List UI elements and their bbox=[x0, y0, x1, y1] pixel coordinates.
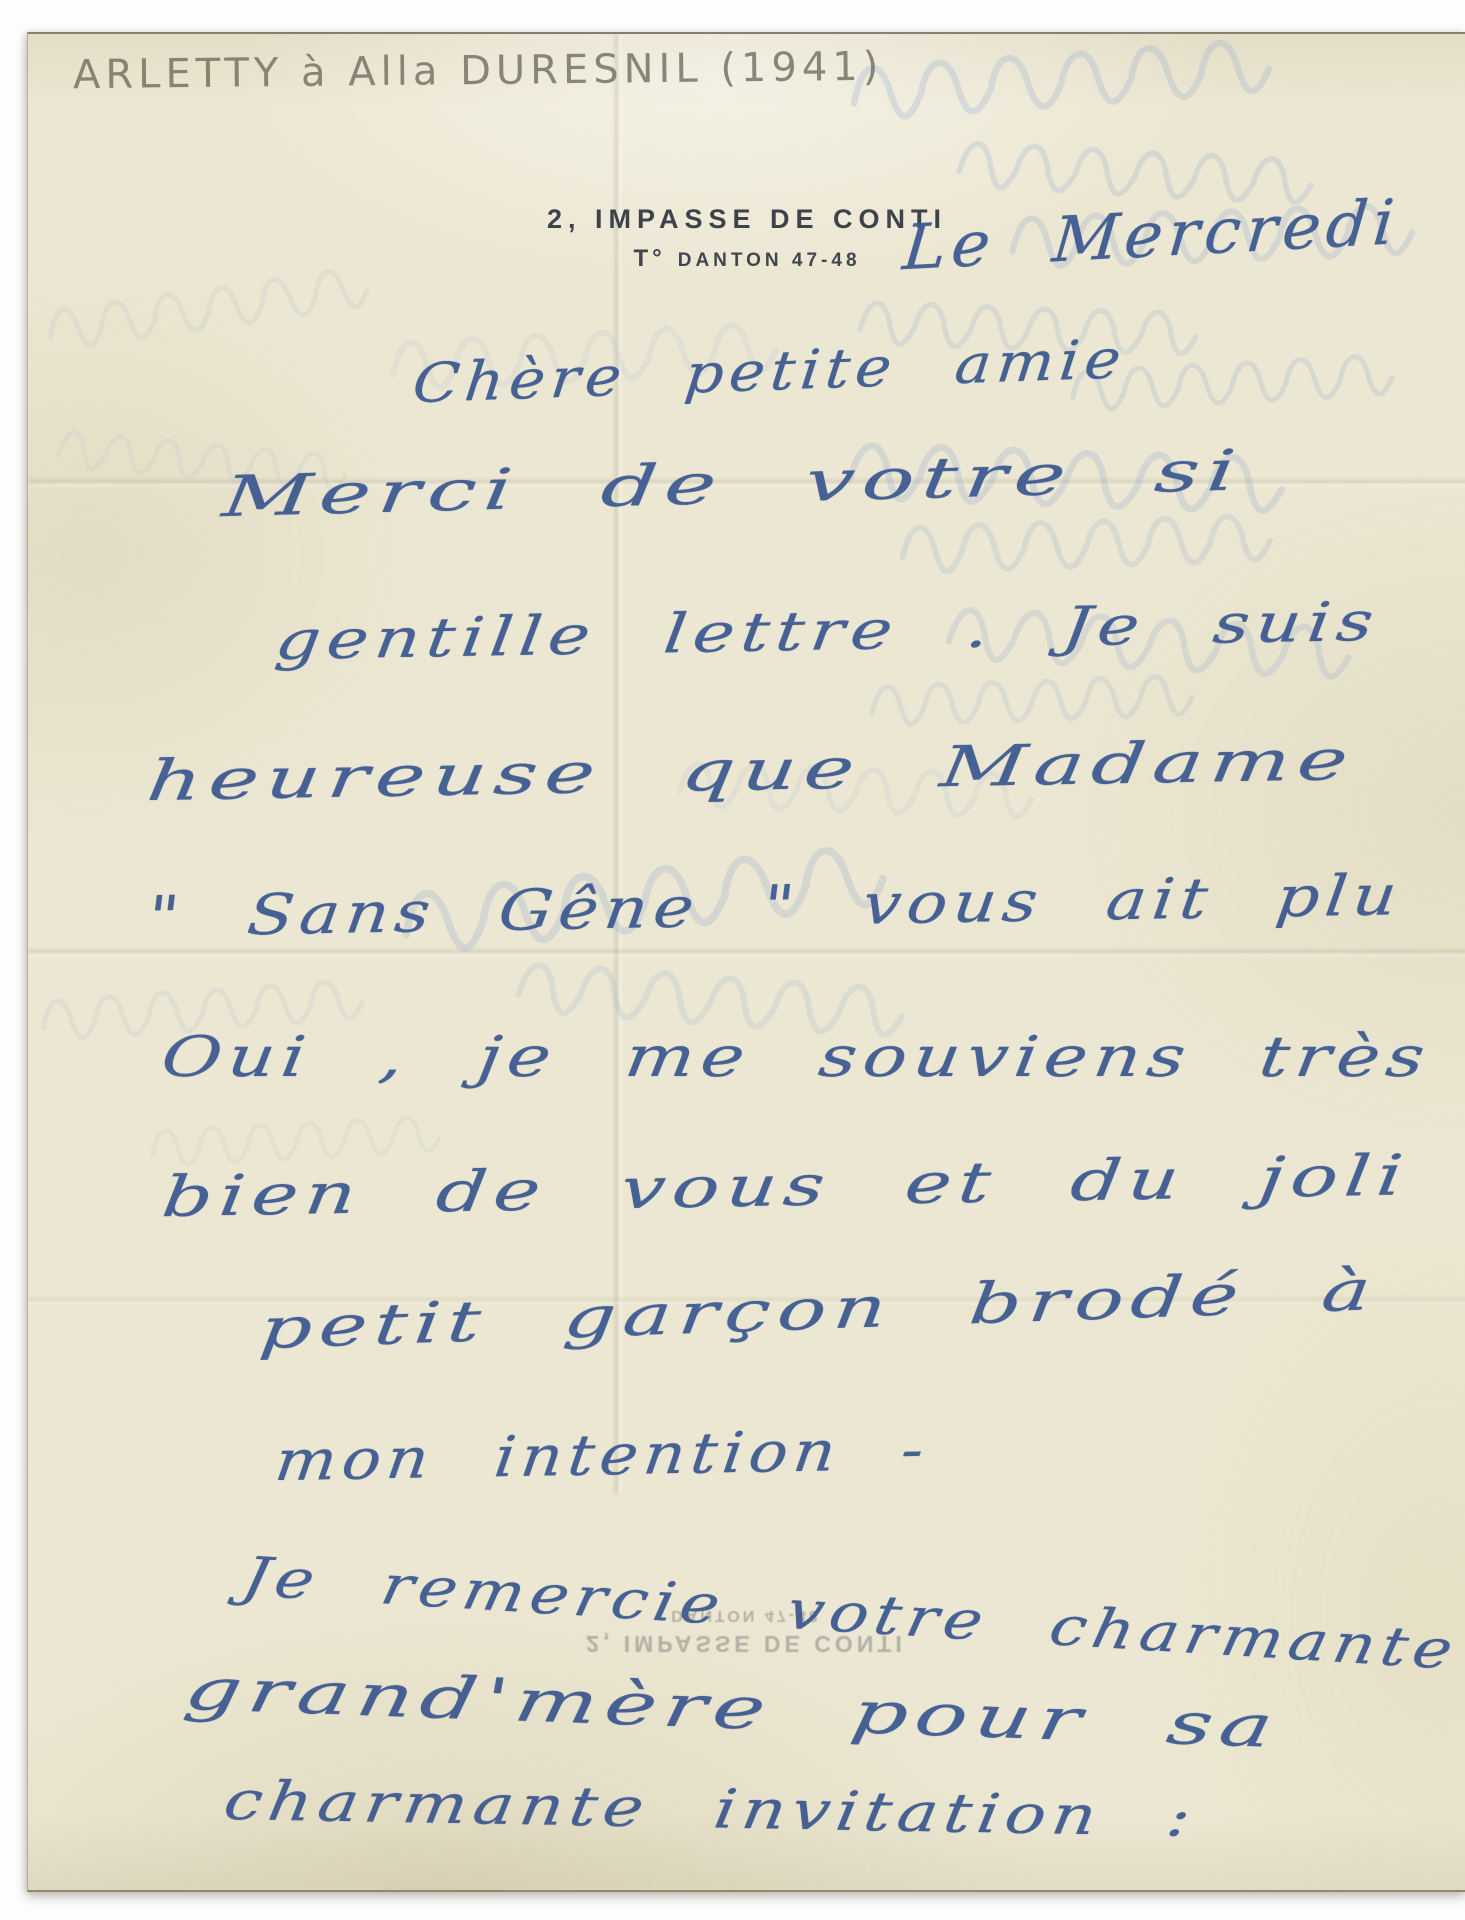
handwritten-line: bien de vous et du joli bbox=[159, 1148, 1413, 1226]
letterhead-phone-number: DANTON 47-48 bbox=[678, 250, 861, 271]
ghost-squiggle bbox=[871, 675, 1192, 725]
ghost-squiggle bbox=[852, 40, 1271, 120]
telephone-symbol: T° bbox=[633, 245, 665, 272]
letter-paper: ARLETTY à Alla DURESNIL (1941) 2, IMPASS… bbox=[27, 32, 1465, 1892]
handwritten-line: heureuse que Madame bbox=[144, 733, 1358, 810]
collector-annotation: ARLETTY à Alla DURESNIL (1941) bbox=[73, 44, 884, 98]
fold-crease-horizontal-middle bbox=[28, 948, 1465, 958]
handwritten-salutation: Chère petite amie bbox=[410, 332, 1129, 411]
ghost-squiggle bbox=[151, 1116, 440, 1166]
handwritten-line: Je remercie votre charmante bbox=[238, 1550, 1463, 1678]
handwritten-line: charmante invitation : bbox=[220, 1774, 1200, 1845]
scan-page: ARLETTY à Alla DURESNIL (1941) 2, IMPASS… bbox=[0, 0, 1465, 1920]
handwritten-line: " Sans Gêne " vous ait plu . bbox=[144, 867, 1465, 947]
handwritten-line: mon intention - bbox=[272, 1423, 932, 1491]
handwritten-line: petit garçon brodé à bbox=[257, 1263, 1380, 1358]
handwritten-line: Oui , je me souviens très bbox=[158, 1030, 1434, 1086]
handwritten-line: gentille lettre . Je suis bbox=[272, 595, 1382, 668]
handwritten-line: grand'mère pour sa bbox=[181, 1660, 1285, 1756]
ghost-squiggle bbox=[47, 267, 369, 350]
handwritten-line: Merci de votre si bbox=[220, 443, 1246, 526]
ghost-squiggle bbox=[901, 515, 1270, 573]
